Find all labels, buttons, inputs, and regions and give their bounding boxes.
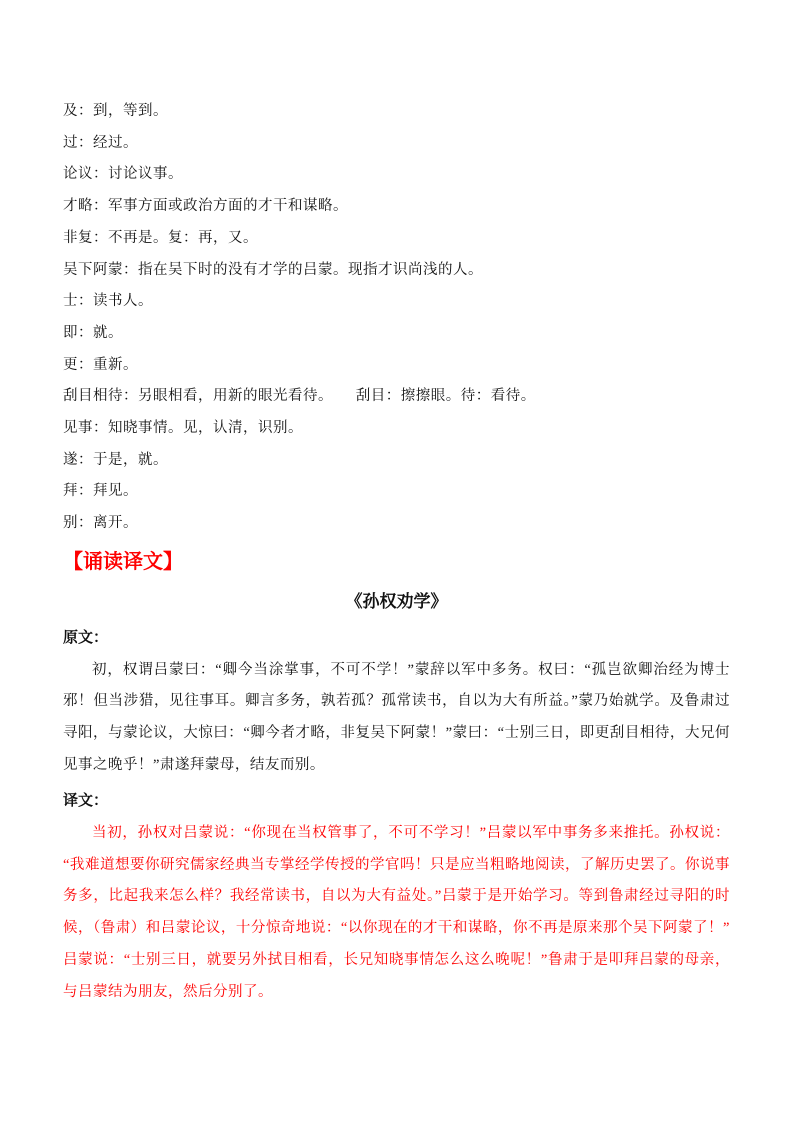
article-title: 《孙权劝学》 — [63, 586, 730, 618]
original-text-paragraph: 初，权谓吕蒙曰：“卿今当涂掌事，不可不学！”蒙辞以军中多务。权曰：“孤岂欲卿治经… — [63, 655, 730, 782]
vocab-item: 即：就。 — [63, 318, 730, 350]
translation-label: 译文： — [63, 786, 730, 818]
vocab-item: 才略：军事方面或政治方面的才干和谋略。 — [63, 191, 730, 223]
vocab-item: 过：经过。 — [63, 128, 730, 160]
vocab-item: 更：重新。 — [63, 350, 730, 382]
vocab-item: 吴下阿蒙：指在吴下时的没有才学的吕蒙。现指才识尚浅的人。 — [63, 255, 730, 287]
document-page: 及：到，等到。 过：经过。 论议：讨论议事。 才略：军事方面或政治方面的才干和谋… — [0, 0, 793, 1122]
vocab-item: 拜：拜见。 — [63, 476, 730, 508]
translation-paragraph: 当初，孙权对吕蒙说：“你现在当权管事了，不可不学习！”吕蒙以军中事务多来推托。孙… — [63, 818, 730, 1008]
vocab-item: 及：到，等到。 — [63, 96, 730, 128]
vocab-item: 遂：于是，就。 — [63, 445, 730, 477]
vocab-item: 论议：讨论议事。 — [63, 159, 730, 191]
vocab-item: 非复：不再是。复：再，又。 — [63, 223, 730, 255]
vocab-item: 见事：知晓事情。见，认清，识别。 — [63, 413, 730, 445]
vocab-item: 别：离开。 — [63, 508, 730, 540]
original-text-label: 原文： — [63, 623, 730, 655]
vocab-item: 士：读书人。 — [63, 286, 730, 318]
vocabulary-list: 及：到，等到。 过：经过。 论议：讨论议事。 才略：军事方面或政治方面的才干和谋… — [63, 96, 730, 540]
reading-translation-heading: 【诵读译文】 — [63, 546, 730, 578]
vocab-item: 刮目相待：另眼相看，用新的眼光看待。 刮目：擦擦眼。待：看待。 — [63, 381, 730, 413]
